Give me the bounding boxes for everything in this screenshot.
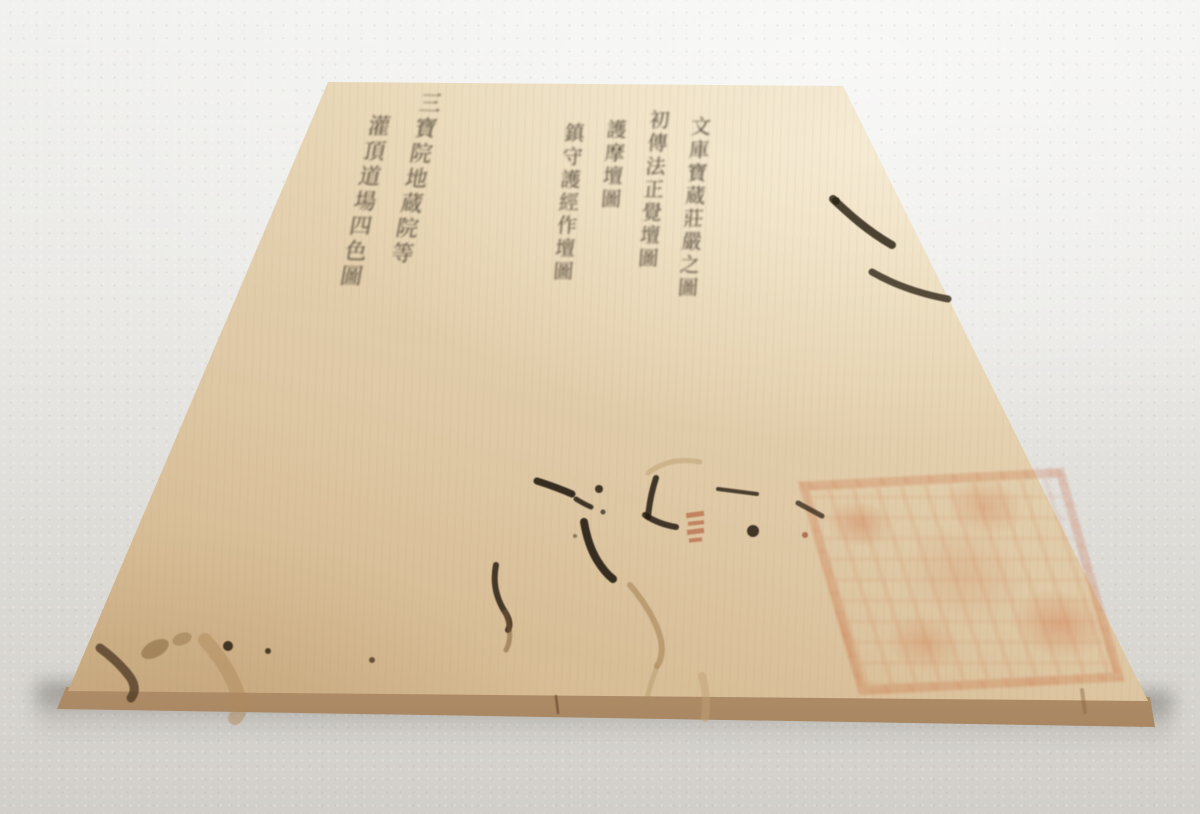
red-smudge: [686, 511, 705, 543]
ink-stain-centre: [537, 460, 759, 579]
ink-stain-lower-centre: [495, 503, 822, 702]
worm-damage-bottom-left: [100, 534, 577, 718]
photo-backdrop: 文庫寶蔵莊嚴之圖 初傳法正覺壇圖 護摩壇圖 鎮守護經作壇圖 三寶院地蔵院等 灌頂…: [0, 0, 1200, 814]
ink-stain-upper-right: [832, 197, 948, 299]
ink-stains-overlay: [0, 0, 1200, 814]
edge-notches: [556, 676, 1085, 718]
